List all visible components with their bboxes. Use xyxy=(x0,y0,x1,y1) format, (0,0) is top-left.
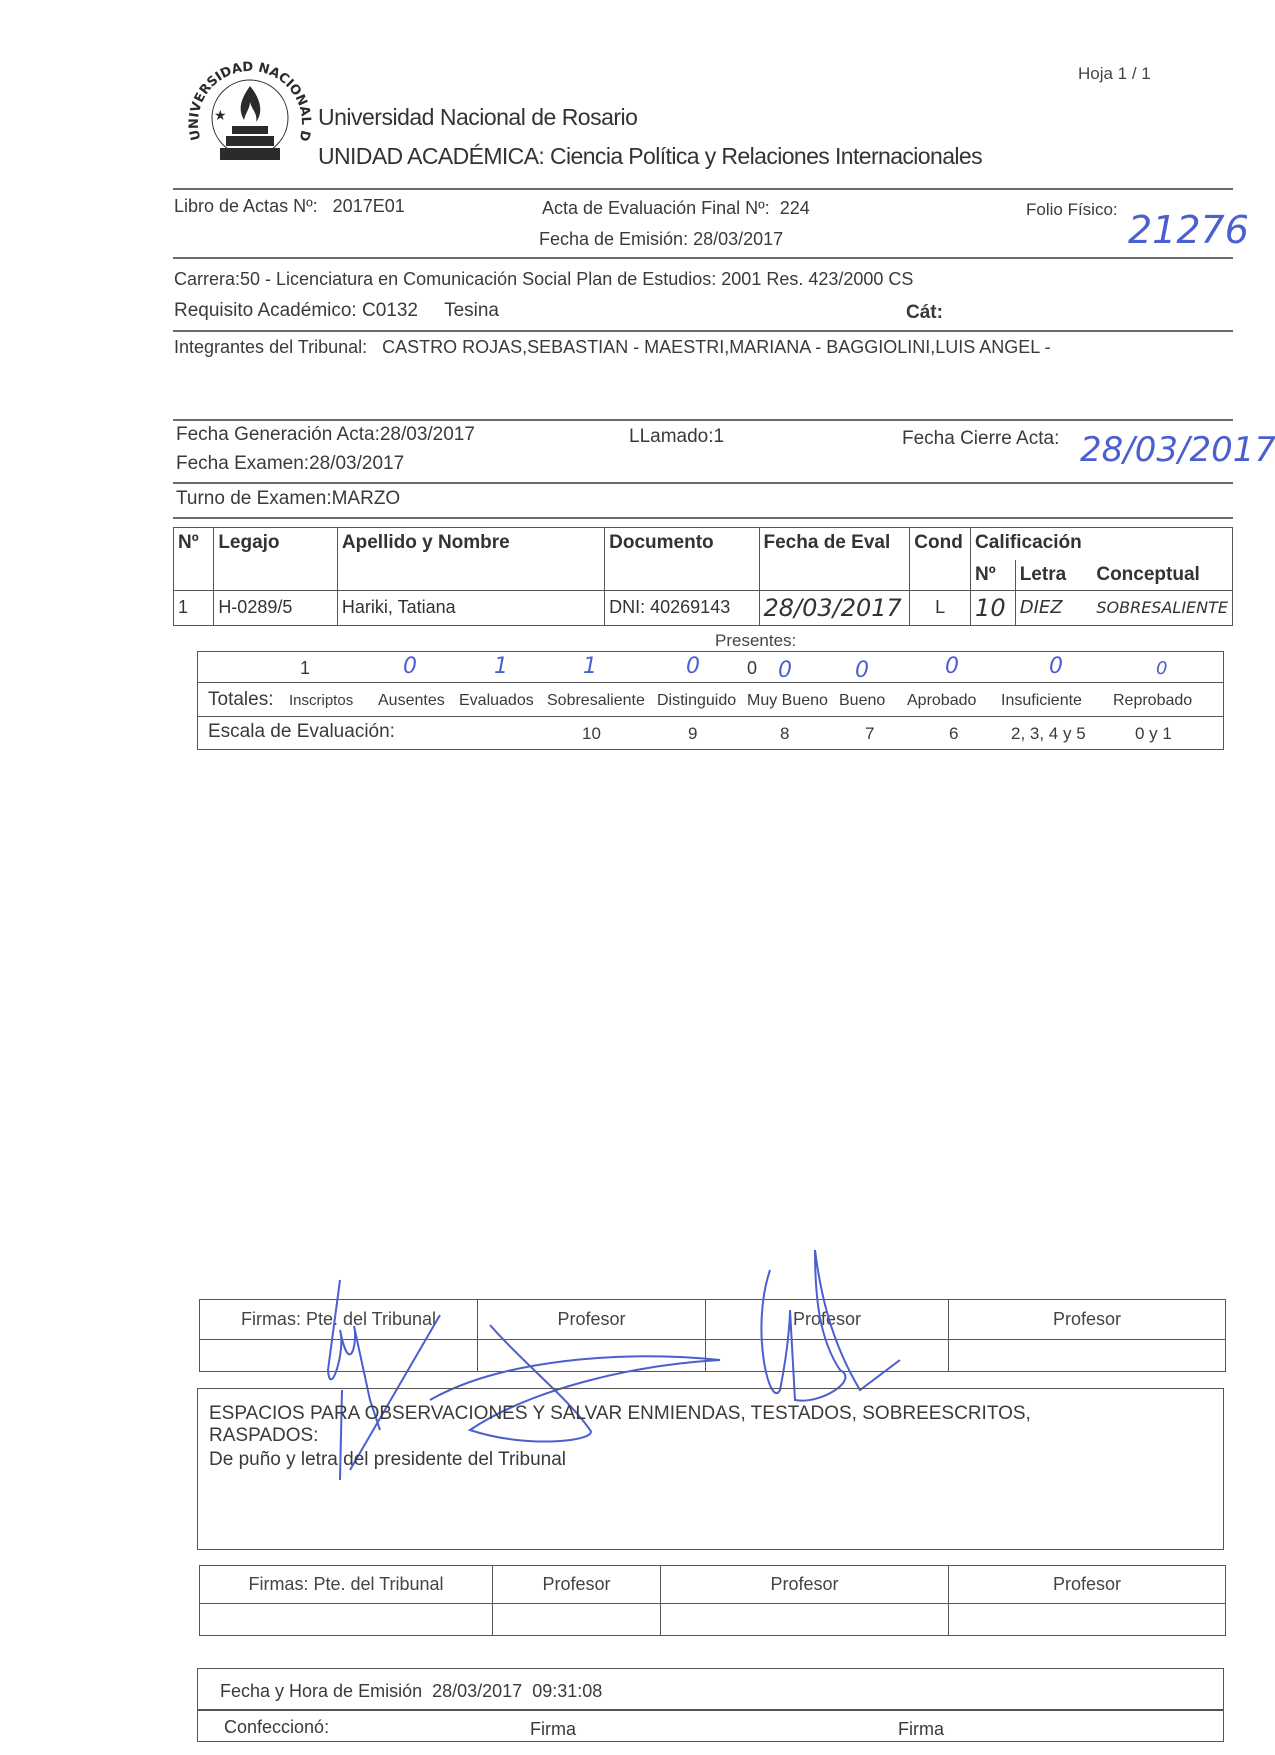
fecha-cierre-handwritten: 28/03/2017 xyxy=(1080,430,1275,470)
confecciono-label: Confeccionó: xyxy=(224,1717,329,1738)
svg-text:★: ★ xyxy=(214,107,227,123)
presentes-label: Presentes: xyxy=(715,631,796,651)
academic-unit: UNIDAD ACADÉMICA: Ciencia Política y Rel… xyxy=(318,143,982,170)
totals-labels-row: Totales: Inscriptos Ausentes Evaluados S… xyxy=(198,684,1223,717)
fecha-emision: Fecha de Emisión: 28/03/2017 xyxy=(539,229,783,250)
fecha-examen: Fecha Examen:28/03/2017 xyxy=(176,453,404,475)
turno-value: MARZO xyxy=(332,488,401,509)
col-cal-conceptual: Conceptual xyxy=(1092,560,1232,591)
divider xyxy=(173,188,1233,190)
col-num: Nº xyxy=(174,528,214,591)
total-evaluados: 1 xyxy=(494,654,508,679)
row-fecha-handwritten: 28/03/2017 xyxy=(759,590,910,625)
scale-aprobado: 6 xyxy=(949,724,958,744)
col-nombre: Apellido y Nombre xyxy=(337,528,604,591)
sig2-box-profesor-2 xyxy=(661,1604,949,1636)
row-cal-num-handwritten: 10 xyxy=(971,590,1016,625)
totales-label: Totales: xyxy=(208,689,273,711)
scale-row: Escala de Evaluación: 10 9 8 7 6 2, 3, 4… xyxy=(198,718,1223,748)
university-seal-icon: UNIVERSIDAD NACIONAL DE ROSARIO ★ xyxy=(180,48,315,173)
totals-values-row: 1 0 1 1 0 0 0 0 0 0 0 xyxy=(198,652,1223,683)
scale-distinguido: 9 xyxy=(688,724,697,744)
sig-box-profesor-3 xyxy=(949,1340,1226,1372)
total-inscriptos: 1 xyxy=(300,658,310,679)
libro-actas: Libro de Actas Nº: 2017E01 xyxy=(174,196,405,217)
divider xyxy=(173,482,1233,484)
carrera: Carrera:50 - Licenciatura en Comunicació… xyxy=(174,269,913,290)
scale-bueno: 7 xyxy=(865,724,874,744)
divider xyxy=(173,330,1233,332)
scale-insuficiente: 2, 3, 4 y 5 xyxy=(1011,724,1086,744)
footer-box: Fecha y Hora de Emisión 28/03/2017 09:31… xyxy=(197,1668,1224,1742)
llamado: LLamado:1 xyxy=(629,426,724,448)
total-distinguido: 0 xyxy=(747,658,757,679)
sheet-number: Hoja 1 / 1 xyxy=(1078,64,1151,84)
folio-handwritten: 21276 xyxy=(1128,208,1249,252)
acta-value: 224 xyxy=(780,198,810,218)
label-insuficiente: Insuficiente xyxy=(1001,692,1082,710)
col-cond: Cond xyxy=(910,528,971,591)
scale-sobresaliente: 10 xyxy=(582,724,601,744)
observations-box: ESPACIOS PARA OBSERVACIONES Y SALVAR ENM… xyxy=(197,1388,1224,1550)
firma-2-label: Firma xyxy=(898,1719,944,1740)
cat-label: Cát: xyxy=(906,302,943,324)
row-cond: L xyxy=(910,590,971,625)
sig2-label-president: Firmas: Pte. del Tribunal xyxy=(200,1566,493,1604)
sig2-label-profesor-3: Profesor xyxy=(949,1566,1226,1604)
label-bueno: Bueno xyxy=(839,692,885,710)
divider xyxy=(173,517,1233,519)
llamado-value: 1 xyxy=(714,426,725,447)
fecha-emision-value: 28/03/2017 xyxy=(693,229,783,249)
label-aprobado: Aprobado xyxy=(907,692,976,710)
turno-examen: Turno de Examen:MARZO xyxy=(176,488,400,510)
col-cal-num: Nº xyxy=(971,560,1016,591)
fecha-generacion-value: 28/03/2017 xyxy=(380,424,475,445)
label-ausentes: Ausentes xyxy=(378,692,445,710)
scale-label: Escala de Evaluación: xyxy=(208,721,395,743)
university-name: Universidad Nacional de Rosario xyxy=(318,104,637,131)
total-aprobado: 0 xyxy=(945,654,959,679)
label-distinguido: Distinguido xyxy=(657,692,736,710)
fecha-examen-value: 28/03/2017 xyxy=(309,453,404,474)
sig2-label-profesor-2: Profesor xyxy=(661,1566,949,1604)
sig2-box-profesor-1 xyxy=(493,1604,661,1636)
sig2-label-profesor-1: Profesor xyxy=(493,1566,661,1604)
row-legajo: H-0289/5 xyxy=(214,590,338,625)
requisito-name: Tesina xyxy=(444,300,499,321)
divider xyxy=(173,419,1233,421)
table-row: 1 H-0289/5 Hariki, Tatiana DNI: 40269143… xyxy=(174,590,1233,625)
tribunal: Integrantes del Tribunal: CASTRO ROJAS,S… xyxy=(174,337,1051,358)
col-documento: Documento xyxy=(605,528,759,591)
totals-box: 1 0 1 1 0 0 0 0 0 0 0 Totales: Inscripto… xyxy=(197,651,1224,750)
acta-number: Acta de Evaluación Final Nº: 224 xyxy=(542,198,810,219)
divider xyxy=(198,1709,1223,1711)
total-muy-bueno: 0 xyxy=(778,658,792,683)
footer-emision-value: 28/03/2017 09:31:08 xyxy=(432,1681,602,1701)
firma-1-label: Firma xyxy=(530,1719,576,1740)
row-nombre: Hariki, Tatiana xyxy=(337,590,604,625)
requisito: Requisito Académico: C0132 Tesina xyxy=(174,300,499,322)
signatures-table-bottom: Firmas: Pte. del Tribunal Profesor Profe… xyxy=(199,1565,1226,1636)
col-fecha: Fecha de Eval xyxy=(759,528,910,591)
label-muy-bueno: Muy Bueno xyxy=(747,692,828,710)
label-evaluados: Evaluados xyxy=(459,692,534,710)
observations-title: ESPACIOS PARA OBSERVACIONES Y SALVAR ENM… xyxy=(209,1403,1139,1447)
total-insuficiente: 0 xyxy=(1049,654,1063,679)
observations-text: De puño y letra del presidente del Tribu… xyxy=(209,1449,566,1471)
row-cal-letra-handwritten: DIEZ xyxy=(1015,590,1092,625)
col-cal-letra: Letra xyxy=(1015,560,1092,591)
row-num: 1 xyxy=(174,590,214,625)
fecha-cierre-label: Fecha Cierre Acta: xyxy=(902,428,1059,450)
fecha-generacion: Fecha Generación Acta:28/03/2017 xyxy=(176,424,475,446)
total-bueno: 0 xyxy=(855,658,869,683)
label-reprobado: Reprobado xyxy=(1113,692,1192,710)
sig2-box-profesor-3 xyxy=(949,1604,1226,1636)
total-sobresaliente: 1 xyxy=(583,654,597,679)
libro-value: 2017E01 xyxy=(333,196,405,216)
divider xyxy=(173,257,1233,259)
scale-muy-bueno: 8 xyxy=(780,724,789,744)
tribunal-members: CASTRO ROJAS,SEBASTIAN - MAESTRI,MARIANA… xyxy=(382,337,1050,357)
label-sobresaliente: Sobresaliente xyxy=(547,692,645,710)
students-table: Nº Legajo Apellido y Nombre Documento Fe… xyxy=(173,527,1233,626)
sig2-box-president xyxy=(200,1604,493,1636)
col-legajo: Legajo xyxy=(214,528,338,591)
total-reprobado: 0 xyxy=(1156,658,1167,679)
row-cal-conceptual-handwritten: SOBRESALIENTE xyxy=(1092,590,1232,625)
requisito-code: C0132 xyxy=(362,300,418,321)
label-inscriptos: Inscriptos xyxy=(289,692,353,709)
footer-emision: Fecha y Hora de Emisión 28/03/2017 09:31… xyxy=(220,1681,602,1702)
row-documento: DNI: 40269143 xyxy=(605,590,759,625)
total-distinguido-hand: 0 xyxy=(686,654,700,679)
total-ausentes: 0 xyxy=(403,654,417,679)
col-calificacion: Calificación xyxy=(971,528,1233,560)
scale-reprobado: 0 y 1 xyxy=(1135,724,1172,744)
sig-label-profesor-3: Profesor xyxy=(949,1300,1226,1340)
folio-label: Folio Físico: xyxy=(1026,200,1118,220)
